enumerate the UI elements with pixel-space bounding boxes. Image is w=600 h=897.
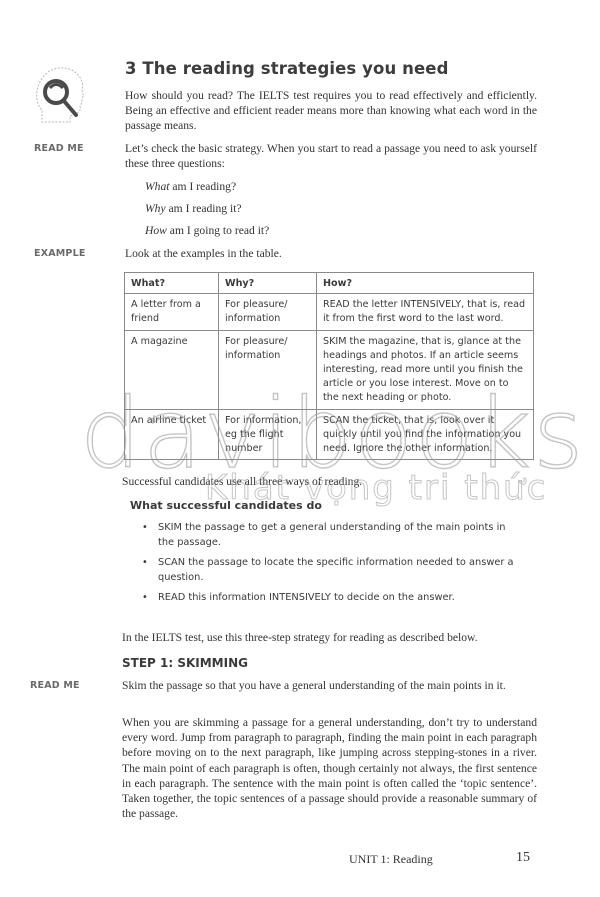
cell-how: READ the letter INTENSIVELY, that is, re… <box>317 294 534 330</box>
page-number: 15 <box>516 850 530 866</box>
three-step-intro: In the IELTS test, use this three-step s… <box>122 630 478 645</box>
cell-why: For pleasure/ information <box>219 330 317 409</box>
cell-how: SKIM the magazine, that is, glance at th… <box>317 330 534 409</box>
table-row: A letter from a friend For pleasure/ inf… <box>125 294 534 330</box>
intro-paragraph: How should you read? The IELTS test requ… <box>125 88 537 134</box>
bullet-icon: • <box>142 556 148 571</box>
read-me-label: READ ME <box>34 143 84 154</box>
step1-heading: STEP 1: SKIMMING <box>122 656 248 670</box>
list-item: •SCAN the passage to locate the specific… <box>140 556 520 585</box>
cell-what: A letter from a friend <box>125 294 219 330</box>
cell-why: For information, eg the flight number <box>219 409 317 460</box>
example-label: EXAMPLE <box>34 248 86 259</box>
header-how: How? <box>317 273 534 294</box>
table-row: An airline ticket For information, eg th… <box>125 409 534 460</box>
read-me-label-step1: READ ME <box>30 680 80 691</box>
successful-candidates-heading: What successful candidates do <box>130 499 322 512</box>
section-title: 3 The reading strategies you need <box>125 59 449 78</box>
magnifier-head-icon <box>30 64 90 126</box>
question-what: What am I reading? <box>145 179 236 194</box>
table-row: A magazine For pleasure/ information SKI… <box>125 330 534 409</box>
question-why: Why am I reading it? <box>145 201 242 216</box>
header-why: Why? <box>219 273 317 294</box>
list-item: •READ this information INTENSIVELY to de… <box>140 591 520 606</box>
table-header-row: What? Why? How? <box>125 273 534 294</box>
question-how: How am I going to read it? <box>145 223 269 238</box>
after-table-text: Successful candidates use all three ways… <box>122 474 362 489</box>
reading-strategy-table: What? Why? How? A letter from a friend F… <box>124 272 534 460</box>
header-what: What? <box>125 273 219 294</box>
bullet-icon: • <box>142 591 148 606</box>
basic-strategy-paragraph: Let’s check the basic strategy. When you… <box>125 141 537 171</box>
cell-what: An airline ticket <box>125 409 219 460</box>
step1-paragraph-1: Skim the passage so that you have a gene… <box>122 678 537 693</box>
cell-why: For pleasure/ information <box>219 294 317 330</box>
bullet-icon: • <box>142 521 148 536</box>
list-item: •SKIM the passage to get a general under… <box>140 521 520 550</box>
successful-candidates-list: •SKIM the passage to get a general under… <box>140 521 520 612</box>
footer-unit: UNIT 1: Reading <box>349 852 433 867</box>
example-intro: Look at the examples in the table. <box>125 246 282 261</box>
cell-how: SCAN the ticket, that is, look over it q… <box>317 409 534 460</box>
step1-paragraph-2: When you are skimming a passage for a ge… <box>122 715 537 821</box>
cell-what: A magazine <box>125 330 219 409</box>
